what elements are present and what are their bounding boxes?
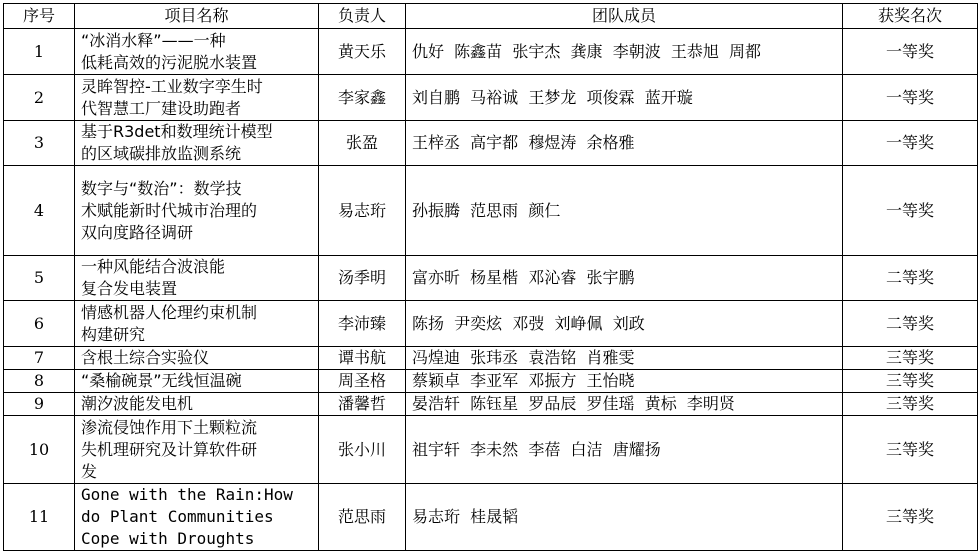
- project-name-line: 情感机器人伦理约束机制: [81, 302, 312, 324]
- award-table: 序号 项目名称 负责人 团队成员 获奖名次 1 “冰消水释”——一种 低耗高效的…: [3, 3, 978, 551]
- award-rank: 一等奖: [843, 75, 978, 121]
- team-members: 刘自鹏 马裕诚 王梦龙 项俊霖 蓝开璇: [406, 75, 843, 121]
- team-members: 晏浩轩 陈钰星 罗品辰 罗佳瑶 黄标 李明贤: [406, 393, 843, 416]
- project-name-line: 含根土综合实验仪: [81, 347, 312, 369]
- team-members: 易志珩 桂晟韬: [406, 484, 843, 551]
- award-rank: 二等奖: [843, 301, 978, 347]
- award-rank: 三等奖: [843, 484, 978, 551]
- leader: 谭书航: [319, 347, 406, 370]
- team-members: 富亦昕 杨星楷 邓沁睿 张宇鹏: [406, 256, 843, 301]
- project-name: “冰消水释”——一种 低耗高效的污泥脱水装置: [75, 29, 319, 75]
- project-name-line: 一种风能结合波浪能: [81, 256, 312, 278]
- project-name-line: 潮汐波能发电机: [81, 393, 312, 415]
- project-name-line: “桑榆碗景”无线恒温碗: [81, 370, 312, 392]
- table-row: 3 基于R3det和数理统计模型 的区域碳排放监测系统 张盈 王梓丞 高宇都 穆…: [4, 121, 978, 166]
- award-rank: 一等奖: [843, 29, 978, 75]
- team-members: 王梓丞 高宇都 穆煜涛 余格雅: [406, 121, 843, 166]
- project-name-line: 的区域碳排放监测系统: [81, 143, 312, 165]
- project-name-line: 代智慧工厂建设助跑者: [81, 98, 312, 120]
- project-name: 一种风能结合波浪能 复合发电装置: [75, 256, 319, 301]
- team-members: 仇好 陈鑫苗 张宇杰 龚康 李朝波 王恭旭 周都: [406, 29, 843, 75]
- team-members: 陈扬 尹奕炫 邓弢 刘峥佩 刘政: [406, 301, 843, 347]
- leader: 张小川: [319, 416, 406, 484]
- header-award: 获奖名次: [843, 4, 978, 29]
- table-row: 10 渗流侵蚀作用下土颗粒流 失机理研究及计算软件研 发 张小川 祖宇轩 李未然…: [4, 416, 978, 484]
- project-name-line: 数字与“数治”：数学技: [81, 178, 312, 200]
- project-name-line: 构建研究: [81, 324, 312, 346]
- header-team-members: 团队成员: [406, 4, 843, 29]
- header-project-name: 项目名称: [75, 4, 319, 29]
- table-row: 6 情感机器人伦理约束机制 构建研究 李沛臻 陈扬 尹奕炫 邓弢 刘峥佩 刘政 …: [4, 301, 978, 347]
- award-rank: 三等奖: [843, 347, 978, 370]
- leader: 周圣格: [319, 370, 406, 393]
- team-members: 冯煌迪 张玮丞 袁浩铭 肖雅雯: [406, 347, 843, 370]
- project-name-line: 复合发电装置: [81, 278, 312, 300]
- header-no: 序号: [4, 4, 75, 29]
- row-number: 2: [4, 75, 75, 121]
- table-row: 4 数字与“数治”：数学技 术赋能新时代城市治理的 双向度路径调研 易志珩 孙振…: [4, 166, 978, 256]
- leader: 张盈: [319, 121, 406, 166]
- row-number: 4: [4, 166, 75, 256]
- header-row: 序号 项目名称 负责人 团队成员 获奖名次: [4, 4, 978, 29]
- table-row: 2 灵眸智控-工业数字孪生时 代智慧工厂建设助跑者 李家鑫 刘自鹏 马裕诚 王梦…: [4, 75, 978, 121]
- team-members: 祖宇轩 李未然 李蓓 白洁 唐耀扬: [406, 416, 843, 484]
- project-name: 含根土综合实验仪: [75, 347, 319, 370]
- award-rank: 一等奖: [843, 121, 978, 166]
- table-row: 1 “冰消水释”——一种 低耗高效的污泥脱水装置 黄天乐 仇好 陈鑫苗 张宇杰 …: [4, 29, 978, 75]
- team-members: 孙振腾 范思雨 颜仁: [406, 166, 843, 256]
- row-number: 8: [4, 370, 75, 393]
- project-name: 灵眸智控-工业数字孪生时 代智慧工厂建设助跑者: [75, 75, 319, 121]
- project-name-line: 术赋能新时代城市治理的: [81, 200, 312, 222]
- project-name: 情感机器人伦理约束机制 构建研究: [75, 301, 319, 347]
- leader: 范思雨: [319, 484, 406, 551]
- leader: 李沛臻: [319, 301, 406, 347]
- project-name-line: do Plant Communities: [81, 506, 312, 528]
- project-name: 渗流侵蚀作用下土颗粒流 失机理研究及计算软件研 发: [75, 416, 319, 484]
- row-number: 3: [4, 121, 75, 166]
- project-name: 数字与“数治”：数学技 术赋能新时代城市治理的 双向度路径调研: [75, 166, 319, 256]
- header-leader: 负责人: [319, 4, 406, 29]
- project-name-line: Cope with Droughts: [81, 528, 312, 550]
- row-number: 10: [4, 416, 75, 484]
- project-name: “桑榆碗景”无线恒温碗: [75, 370, 319, 393]
- project-name-line: 渗流侵蚀作用下土颗粒流: [81, 417, 312, 439]
- table-row: 11 Gone with the Rain:How do Plant Commu…: [4, 484, 978, 551]
- leader: 李家鑫: [319, 75, 406, 121]
- project-name: 基于R3det和数理统计模型 的区域碳排放监测系统: [75, 121, 319, 166]
- leader: 易志珩: [319, 166, 406, 256]
- team-members: 蔡颖卓 李亚军 邓振方 王怡晓: [406, 370, 843, 393]
- table-row: 7 含根土综合实验仪 谭书航 冯煌迪 张玮丞 袁浩铭 肖雅雯 三等奖: [4, 347, 978, 370]
- row-number: 7: [4, 347, 75, 370]
- project-name-line: “冰消水释”——一种: [81, 30, 312, 52]
- award-rank: 一等奖: [843, 166, 978, 256]
- row-number: 11: [4, 484, 75, 551]
- leader: 汤季明: [319, 256, 406, 301]
- project-name-line: 基于R3det和数理统计模型: [81, 121, 312, 143]
- leader: 黄天乐: [319, 29, 406, 75]
- award-rank: 二等奖: [843, 256, 978, 301]
- award-rank: 三等奖: [843, 370, 978, 393]
- project-name-line: 低耗高效的污泥脱水装置: [81, 52, 312, 74]
- award-rank: 三等奖: [843, 416, 978, 484]
- award-rank: 三等奖: [843, 393, 978, 416]
- leader: 潘馨哲: [319, 393, 406, 416]
- row-number: 6: [4, 301, 75, 347]
- table-row: 8 “桑榆碗景”无线恒温碗 周圣格 蔡颖卓 李亚军 邓振方 王怡晓 三等奖: [4, 370, 978, 393]
- table-row: 5 一种风能结合波浪能 复合发电装置 汤季明 富亦昕 杨星楷 邓沁睿 张宇鹏 二…: [4, 256, 978, 301]
- row-number: 1: [4, 29, 75, 75]
- project-name-line: 发: [81, 461, 312, 483]
- table-row: 9 潮汐波能发电机 潘馨哲 晏浩轩 陈钰星 罗品辰 罗佳瑶 黄标 李明贤 三等奖: [4, 393, 978, 416]
- row-number: 9: [4, 393, 75, 416]
- project-name-line: 双向度路径调研: [81, 222, 312, 244]
- project-name: 潮汐波能发电机: [75, 393, 319, 416]
- project-name-line: 失机理研究及计算软件研: [81, 439, 312, 461]
- project-name-line: Gone with the Rain:How: [81, 484, 312, 506]
- row-number: 5: [4, 256, 75, 301]
- project-name: Gone with the Rain:How do Plant Communit…: [75, 484, 319, 551]
- project-name-line: 灵眸智控-工业数字孪生时: [81, 76, 312, 98]
